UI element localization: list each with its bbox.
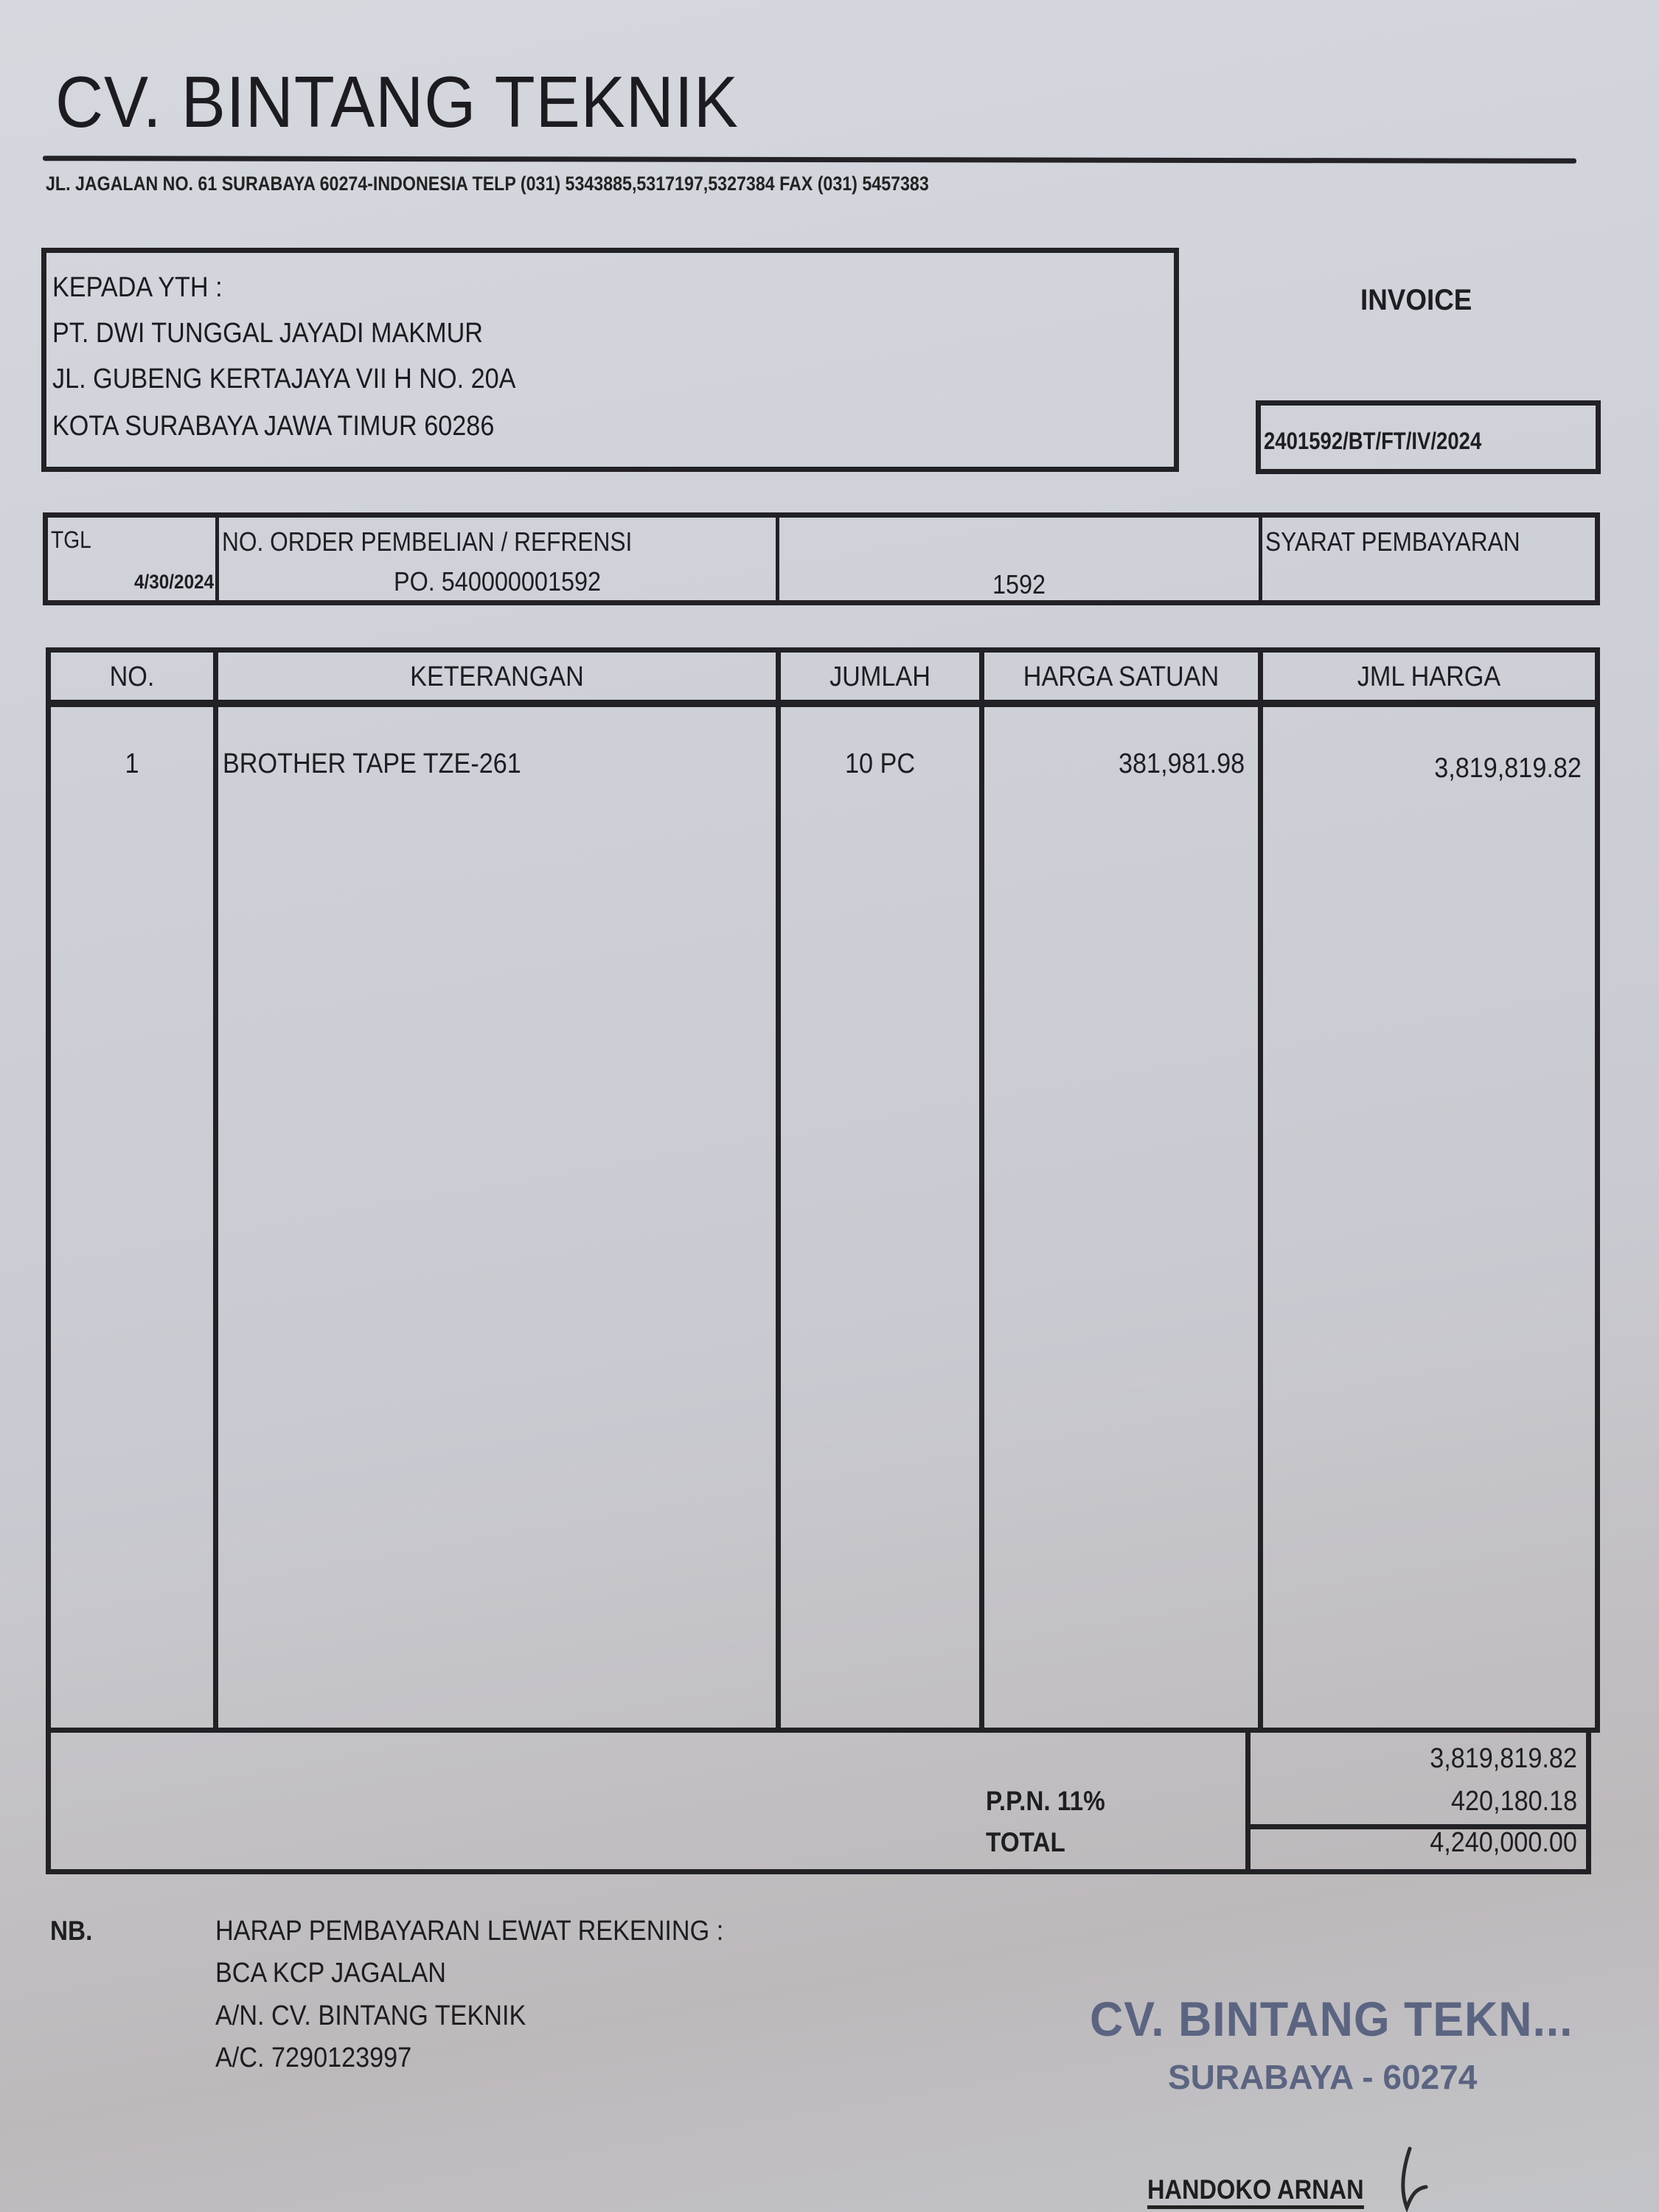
account-name: A/N. CV. BINTANG TEKNIK — [215, 2000, 526, 2032]
items-header-rule — [51, 653, 1595, 707]
recipient-salutation: KEPADA YTH : — [52, 272, 223, 304]
invoice-page: CV. BINTANG TEKNIK JL. JAGALAN NO. 61 SU… — [0, 0, 1659, 2212]
recipient-street: JL. GUBENG KERTAJAYA VII H NO. 20A — [52, 364, 515, 395]
col-description: KETERANGAN BROTHER TAPE TZE-261 — [218, 653, 781, 1728]
notes-label: NB. — [50, 1916, 92, 1947]
payment-instruction: HARAP PEMBAYARAN LEWAT REKENING : — [215, 1916, 723, 1947]
bank-branch: BCA KCP JAGALAN — [215, 1958, 446, 1989]
po-value: PO. 540000001592 — [247, 566, 748, 597]
header-divider — [43, 156, 1576, 164]
recipient-company: PT. DWI TUNGGAL JAYADI MAKMUR — [52, 318, 483, 349]
company-name: CV. BINTANG TEKNIK — [55, 60, 739, 144]
summary-block: 3,819,819.82 P.P.N. 11% 420,180.18 TOTAL… — [46, 1733, 1591, 1874]
col-unit-price: HARGA SATUAN 381,981.98 — [984, 653, 1263, 1728]
po-label: NO. ORDER PEMBELIAN / REFRENSI — [222, 526, 632, 557]
company-stamp-city: SURABAYA - 60274 — [1168, 2057, 1477, 2097]
terms-cell: SYARAT PEMBAYARAN — [1262, 518, 1595, 600]
item-quantity: 10 PC — [790, 748, 969, 780]
company-stamp-name: CV. BINTANG TEKN... — [1090, 1991, 1573, 2047]
subtotal-value: 3,819,819.82 — [1430, 1743, 1577, 1775]
signature-mark-icon — [1394, 2144, 1438, 2212]
reference-cell: 1592 — [779, 518, 1262, 600]
invoice-number: 2401592/BT/FT/IV/2024 — [1264, 428, 1481, 455]
item-no: 1 — [59, 748, 205, 780]
recipient-city: KOTA SURABAYA JAWA TIMUR 60286 — [52, 411, 494, 442]
item-amount: 3,819,819.82 — [1434, 753, 1582, 785]
date-value: 4/30/2024 — [134, 571, 214, 594]
date-cell: TGL 4/30/2024 — [48, 518, 219, 600]
item-unit-price: 381,981.98 — [1119, 748, 1245, 780]
company-address: JL. JAGALAN NO. 61 SURABAYA 60274-INDONE… — [46, 173, 929, 195]
col-quantity: JUMLAH 10 PC — [781, 653, 984, 1728]
terms-label: SYARAT PEMBAYARAN — [1265, 526, 1520, 557]
signer-name: HANDOKO ARNAN — [1147, 2175, 1364, 2209]
reference-value: 1592 — [804, 569, 1235, 600]
order-info-table: TGL 4/30/2024 NO. ORDER PEMBELIAN / REFR… — [43, 512, 1600, 605]
total-value: 4,240,000.00 — [1430, 1827, 1577, 1859]
tax-value: 420,180.18 — [1451, 1786, 1577, 1818]
col-amount: JML HARGA 3,819,819.82 — [1263, 653, 1595, 1728]
summary-divider — [1245, 1733, 1251, 1869]
total-label: TOTAL — [986, 1827, 1065, 1858]
invoice-title: INVOICE — [1360, 284, 1472, 317]
item-description: BROTHER TAPE TZE-261 — [223, 748, 521, 780]
recipient-box: KEPADA YTH : PT. DWI TUNGGAL JAYADI MAKM… — [41, 248, 1179, 472]
col-no: NO. 1 — [51, 653, 218, 1728]
date-label: TGL — [51, 526, 91, 554]
po-cell: NO. ORDER PEMBELIAN / REFRENSI PO. 54000… — [219, 518, 779, 600]
account-number: A/C. 7290123997 — [215, 2042, 411, 2074]
items-table: NO. 1 KETERANGAN BROTHER TAPE TZE-261 JU… — [46, 647, 1600, 1733]
tax-label: P.P.N. 11% — [986, 1786, 1105, 1817]
invoice-number-box: 2401592/BT/FT/IV/2024 — [1256, 400, 1601, 474]
